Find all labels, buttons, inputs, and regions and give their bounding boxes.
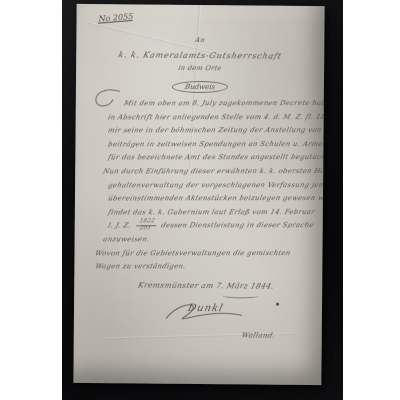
signature-secondary: Walland. <box>241 331 277 339</box>
handwritten-line: Wagen zu verständigen. <box>94 260 324 274</box>
handwritten-line: in Abschrift hier anliegenden Stelle vom… <box>106 111 323 125</box>
handwritten-line: beiträgen in zeitweisen Spendungen an Sc… <box>106 138 323 152</box>
addressee-line: k. k. Kameralamts-Gutsherrschaft <box>75 50 325 61</box>
document-photo: No 2055 An k. k. Kameralamts-Gutsherrsch… <box>62 0 343 400</box>
handwritten-line: Nun durch Einführung dieser erwähnten k.… <box>101 165 323 179</box>
dateline: Kremsmünster am 7. März 1844. <box>137 280 275 290</box>
date-underline-flourish <box>222 293 258 298</box>
addressee-line: in dem Orte <box>75 63 325 73</box>
handwritten-line-with-fraction: l. J. Z. 1822 201 dessen Dienstleistung … <box>106 219 323 233</box>
signature-primary-name: Dunkl <box>187 303 225 314</box>
address-header: An k. k. Kameralamts-Gutsherrschaft in d… <box>76 26 325 94</box>
handwritten-line: Mit dem oben am 8. July zugekommenen Dec… <box>106 97 323 111</box>
reference-fraction: 1822 201 <box>135 220 157 232</box>
fraction-prefix: l. J. Z. <box>107 222 132 230</box>
ink-dot <box>276 303 279 306</box>
fraction-suffix: dessen Dienstleistung in dieser Sprache <box>160 221 314 229</box>
handwriting-layer: No 2055 An k. k. Kameralamts-Gutsherrsch… <box>73 4 324 385</box>
handwritten-line: anzuweisen. <box>101 233 323 247</box>
circled-place-name: Budweis <box>171 81 230 93</box>
salutation: An <box>195 36 207 44</box>
letter-body: Mit dem oben am 8. July zugekommenen Dec… <box>108 97 322 274</box>
handwritten-line: übereinstimmenden Aktenstücken beizulege… <box>106 192 323 206</box>
docket-number: No 2055 <box>98 12 134 24</box>
handwritten-line: gehaltenverwaltung der vorgeschlagenen V… <box>106 179 323 193</box>
handwritten-line: findet das k. k. Gubernium laut Erlaß vo… <box>106 206 323 220</box>
handwritten-line: für das bezeichnete Amt des Standes ange… <box>106 151 323 165</box>
handwritten-line: mir seine in der böhmischen Zeitung der … <box>106 124 323 138</box>
fraction-denominator: 201 <box>135 226 156 232</box>
handwritten-line: Wovon für die Gebietsverwaltungen die ge… <box>94 247 324 261</box>
signature-primary: Dunkl <box>162 299 252 326</box>
manuscript-paper: No 2055 An k. k. Kameralamts-Gutsherrsch… <box>73 4 324 385</box>
